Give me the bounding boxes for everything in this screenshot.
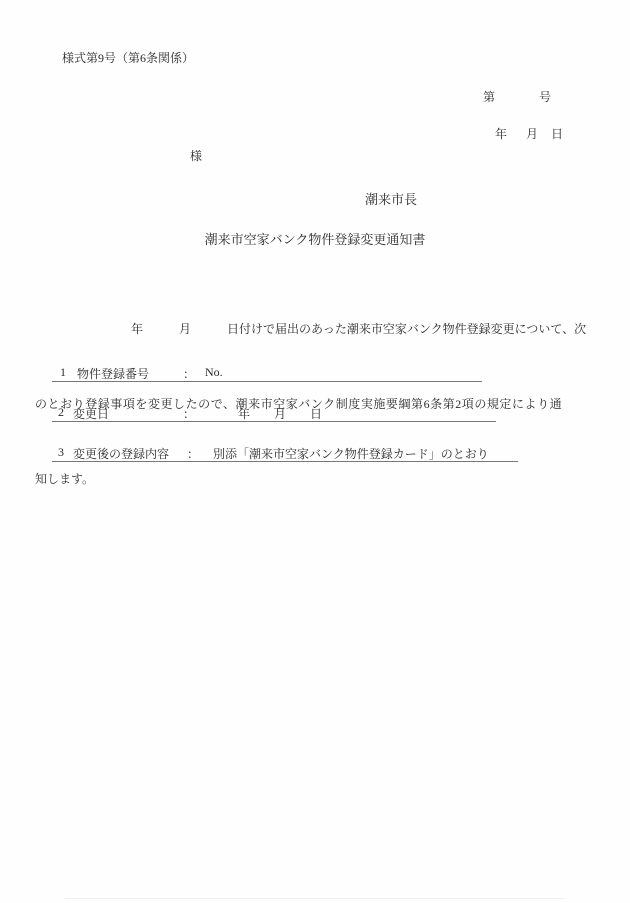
item-1-label: 物件登録番号 [77,365,149,382]
document-page: 様式第9号（第6条関係） 第 号 年月日 様 潮来市長 潮来市空家バンク物件登録… [0,0,630,903]
item-row-property-number: 1 物件登録番号 ： No. [52,364,482,382]
body-line-3: 知します。 [35,467,576,492]
item-row-change-date: 2 変更日 ： 年 月 日 [52,404,496,422]
item-1-colon: ： [183,365,195,382]
item-3-colon: ： [187,445,199,462]
form-number-label: 様式第9号（第6条関係） [62,49,194,66]
item-3-label: 変更後の登録内容 [73,445,169,462]
recipient-honorific: 様 [190,147,202,164]
item-2-label: 変更日 [73,405,109,422]
item-row-changed-content: 3 変更後の登録内容 ： 別添「潮来市空家バンク物件登録カード」のとおり [52,444,518,462]
doc-number-suffix: 号 [539,88,551,105]
date-month-label: 月 [526,127,538,141]
item-3-number: 3 [58,445,64,460]
sender-name: 潮来市長 [365,189,417,208]
item-1-number: 1 [60,365,66,380]
item-2-colon: ： [183,405,195,422]
doc-number-prefix: 第 [483,88,495,105]
document-title: 潮来市空家バンク物件登録変更通知書 [0,229,630,248]
item-2-value: 年 月 日 [202,405,322,422]
item-1-value: No. [205,365,223,380]
body-line-1: 年 月 日付けで届出のあった潮来市空家バンク物件登録変更について、次 [35,317,576,342]
document-date-line: 年月日 [483,110,563,157]
page-bottom-divider [65,898,565,899]
date-year-label: 年 [495,127,507,141]
item-2-number: 2 [58,405,64,420]
document-number-line: 第 号 [483,88,551,105]
item-3-value: 別添「潮来市空家バンク物件登録カード」のとおり [213,445,489,462]
date-day-label: 日 [551,127,563,141]
